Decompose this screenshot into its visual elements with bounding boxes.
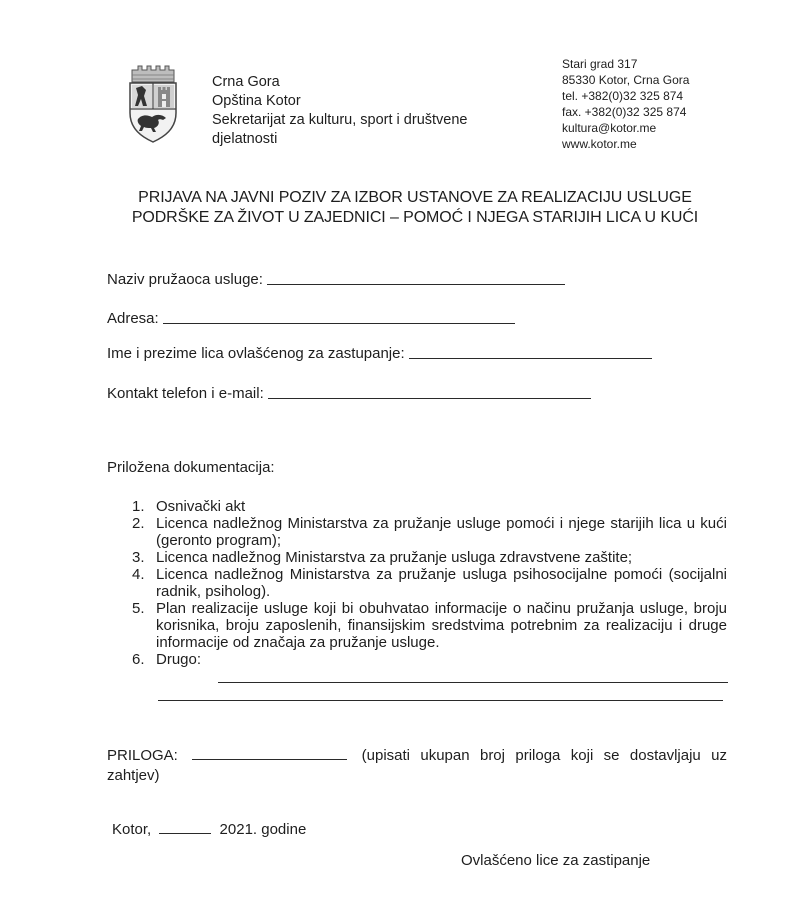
title-line-2: PODRŠKE ZA ŽIVOT U ZAJEDNICI – POMOĆ I N…	[100, 208, 730, 228]
organization-line: Sekretarijat za kulturu, sport i društve…	[212, 111, 467, 130]
contact-fax: fax. +382(0)32 325 874	[562, 104, 689, 120]
item-text: Drugo:	[156, 651, 727, 668]
list-item: 3. Licenca nadležnog Ministarstva za pru…	[132, 549, 727, 566]
organization-line: Crna Gora	[212, 73, 467, 92]
item-text: Osnivački akt	[156, 498, 727, 515]
field-label: Naziv pružaoca usluge:	[107, 271, 263, 288]
list-item: 2. Licenca nadležnog Ministarstva za pru…	[132, 515, 727, 549]
field-contact: Kontakt telefon i e-mail:	[107, 385, 591, 402]
attachments-count-input[interactable]	[192, 747, 347, 760]
contact-input[interactable]	[268, 397, 591, 399]
contact-email: kultura@kotor.me	[562, 120, 689, 136]
document-title: PRIJAVA NA JAVNI POZIV ZA IZBOR USTANOVE…	[100, 188, 730, 228]
provider-name-input[interactable]	[267, 283, 565, 285]
year-text: 2021. godine	[220, 821, 307, 838]
item-number: 2.	[132, 515, 156, 549]
field-label: Ime i prezime lica ovlašćenog za zastupa…	[107, 345, 405, 362]
field-address: Adresa:	[107, 310, 515, 327]
documentation-label: Priložena dokumentacija:	[107, 459, 275, 476]
organization-block: Crna Gora Opština Kotor Sekretarijat za …	[212, 73, 467, 149]
field-label: Adresa:	[107, 310, 159, 327]
list-item: 6. Drugo:	[132, 651, 727, 668]
list-item: 5. Plan realizacije usluge koji bi obuhv…	[132, 600, 727, 651]
item-number: 5.	[132, 600, 156, 651]
date-input[interactable]	[159, 821, 211, 834]
item-text: Licenca nadležnog Ministarstva za pružan…	[156, 549, 727, 566]
field-provider-name: Naziv pružaoca usluge:	[107, 271, 565, 288]
organization-line: djelatnosti	[212, 130, 467, 149]
organization-line: Opština Kotor	[212, 92, 467, 111]
other-documents-input-line-1[interactable]	[218, 682, 728, 683]
place-label: Kotor,	[112, 821, 151, 838]
address-input[interactable]	[163, 322, 515, 324]
signature-label: Ovlašćeno lice za zastipanje	[461, 852, 650, 869]
other-documents-input-line-2[interactable]	[158, 700, 723, 701]
title-line-1: PRIJAVA NA JAVNI POZIV ZA IZBOR USTANOVE…	[100, 188, 730, 208]
item-text: Licenca nadležnog Ministarstva za pružan…	[156, 515, 727, 549]
authorized-person-input[interactable]	[409, 357, 652, 359]
contact-address: Stari grad 317	[562, 56, 689, 72]
item-number: 1.	[132, 498, 156, 515]
field-authorized-person: Ime i prezime lica ovlašćenog za zastupa…	[107, 345, 652, 362]
item-number: 6.	[132, 651, 156, 668]
kotor-coat-of-arms-icon	[124, 64, 182, 144]
list-item: 1. Osnivački akt	[132, 498, 727, 515]
contact-website: www.kotor.me	[562, 136, 689, 152]
item-number: 3.	[132, 549, 156, 566]
documentation-list: 1. Osnivački akt 2. Licenca nadležnog Mi…	[132, 498, 727, 668]
attachments-count-section: PRILOGA: (upisati ukupan broj priloga ko…	[107, 746, 727, 786]
item-text: Licenca nadležnog Ministarstva za pružan…	[156, 566, 727, 600]
date-line: Kotor, 2021. godine	[112, 821, 306, 838]
contact-city: 85330 Kotor, Crna Gora	[562, 72, 689, 88]
item-text: Plan realizacije usluge koji bi obuhvata…	[156, 600, 727, 651]
item-number: 4.	[132, 566, 156, 600]
list-item: 4. Licenca nadležnog Ministarstva za pru…	[132, 566, 727, 600]
attachments-label: PRILOGA:	[107, 747, 178, 764]
contact-block: Stari grad 317 85330 Kotor, Crna Gora te…	[562, 56, 689, 152]
field-label: Kontakt telefon i e-mail:	[107, 385, 264, 402]
contact-phone: tel. +382(0)32 325 874	[562, 88, 689, 104]
